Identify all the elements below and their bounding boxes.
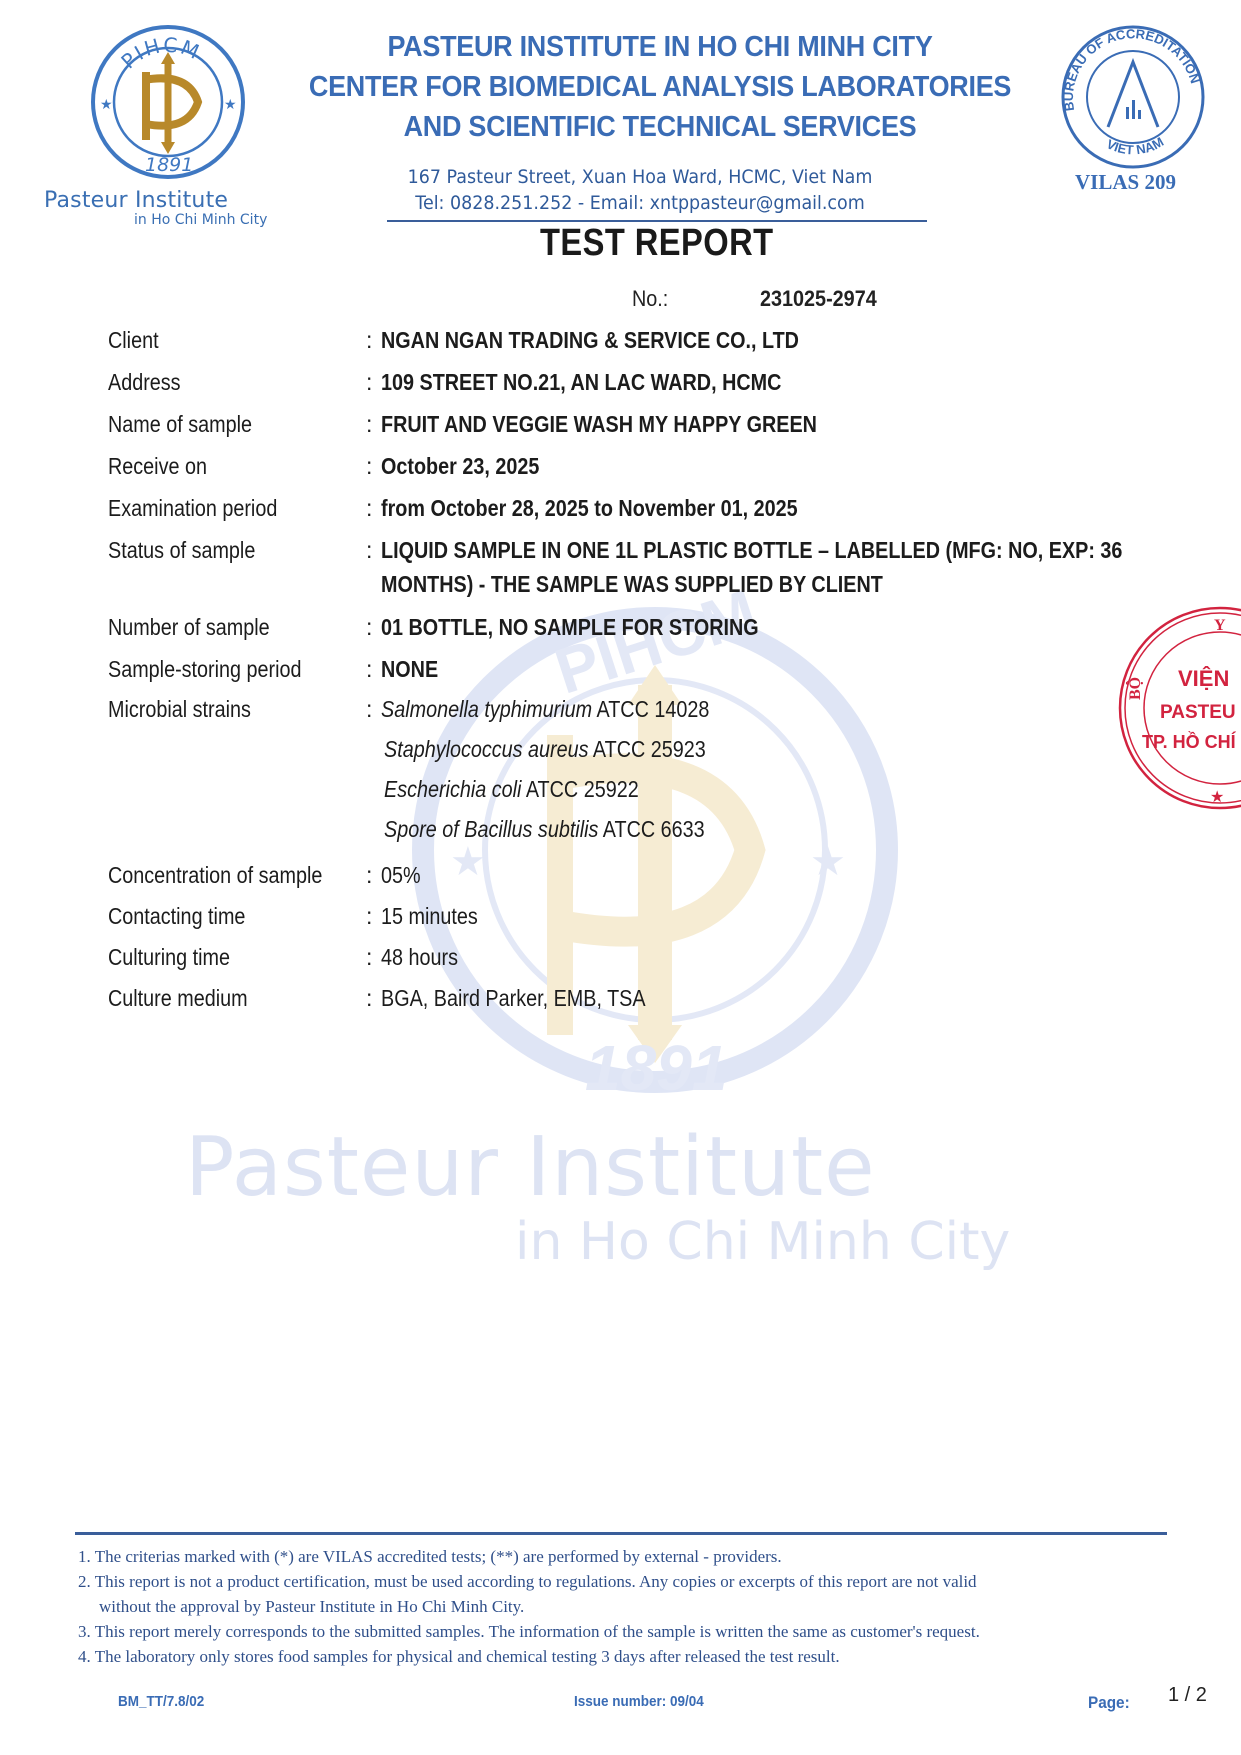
svg-text:BUREAU OF ACCREDITATION: BUREAU OF ACCREDITATION xyxy=(1061,26,1203,112)
colon: : xyxy=(366,369,372,396)
report-number-value: 231025-2974 xyxy=(760,286,877,312)
institute-contact: Tel: 0828.251.252 - Email: xntppasteur@g… xyxy=(364,192,916,214)
strain-atcc: ATCC 14028 xyxy=(596,696,709,722)
culturing-time-label: Culturing time xyxy=(108,944,230,971)
colon: : xyxy=(366,537,372,564)
footer-divider xyxy=(75,1532,1167,1535)
sample-name-label: Name of sample xyxy=(108,411,252,438)
colon: : xyxy=(366,862,372,889)
receive-on-label: Receive on xyxy=(108,453,207,480)
page-label: Page: xyxy=(1088,1693,1130,1713)
svg-text:1891: 1891 xyxy=(145,154,193,176)
svg-text:★: ★ xyxy=(450,840,486,884)
colon: : xyxy=(366,495,372,522)
colon: : xyxy=(366,614,372,641)
svg-text:PASTEU: PASTEU xyxy=(1160,702,1236,723)
contacting-time-value: 15 minutes xyxy=(381,903,478,930)
footer-note: 4. The laboratory only stores food sampl… xyxy=(78,1647,840,1667)
colon: : xyxy=(366,453,372,480)
microbial-strains-label: Microbial strains xyxy=(108,696,251,723)
strain-species: Salmonella typhimurium xyxy=(381,696,592,722)
center-name-line2: AND SCIENTIFIC TECHNICAL SERVICES xyxy=(279,111,1042,144)
logo-caption-name: Pasteur Institute xyxy=(44,188,228,213)
strain-atcc: ATCC 6633 xyxy=(603,816,705,842)
status-value-line2: MONTHS) - THE SAMPLE WAS SUPPLIED BY CLI… xyxy=(381,571,883,598)
logo-caption-city: in Ho Chi Minh City xyxy=(134,212,267,228)
watermark-text-line2: in Ho Chi Minh City xyxy=(515,1212,1010,1272)
strain-item: Staphylococcus aureus ATCC 25923 xyxy=(384,736,706,763)
sample-name-value: FRUIT AND VEGGIE WASH MY HAPPY GREEN xyxy=(381,411,817,438)
colon: : xyxy=(366,985,372,1012)
footer-note: 3. This report merely corresponds to the… xyxy=(78,1622,980,1642)
client-value: NGAN NGAN TRADING & SERVICE CO., LTD xyxy=(381,327,799,354)
form-code: BM_TT/7.8/02 xyxy=(118,1693,204,1710)
watermark-text-line1: Pasteur Institute xyxy=(185,1120,876,1215)
client-label: Client xyxy=(108,327,159,354)
svg-text:BỘ: BỘ xyxy=(1126,677,1144,700)
address-label: Address xyxy=(108,369,181,396)
document-title: TEST REPORT xyxy=(540,222,774,265)
storing-period-label: Sample-storing period xyxy=(108,656,302,683)
official-stamp-icon: Y BỘ VIỆN PASTEU TP. HỒ CHÍ ★ xyxy=(1100,600,1241,815)
institute-address: 167 Pasteur Street, Xuan Hoa Ward, HCMC,… xyxy=(364,166,916,188)
number-of-sample-label: Number of sample xyxy=(108,614,270,641)
svg-text:TP. HỒ CHÍ: TP. HỒ CHÍ xyxy=(1142,731,1237,752)
issue-number: Issue number: 09/04 xyxy=(574,1693,704,1710)
storing-period-value: NONE xyxy=(381,656,438,683)
culture-medium-value: BGA, Baird Parker, EMB, TSA xyxy=(381,985,646,1012)
strain-item: Spore of Bacillus subtilis ATCC 6633 xyxy=(384,816,705,843)
strain-item: Escherichia coli ATCC 25922 xyxy=(384,776,639,803)
watermark-seal-icon: ★ ★ PIHCM 1891 xyxy=(410,585,900,1115)
concentration-value: 05% xyxy=(381,862,421,889)
number-of-sample-value: 01 BOTTLE, NO SAMPLE FOR STORING xyxy=(381,614,759,641)
svg-text:Y: Y xyxy=(1214,617,1226,634)
page-number: 1 / 2 xyxy=(1168,1684,1207,1707)
vilas-accreditation-number: VILAS 209 xyxy=(1075,170,1176,195)
strain-species: Escherichia coli xyxy=(384,776,521,802)
svg-text:1891: 1891 xyxy=(585,1032,727,1104)
svg-text:★: ★ xyxy=(810,840,846,884)
colon: : xyxy=(366,411,372,438)
strain-atcc: ATCC 25922 xyxy=(526,776,639,802)
footer-note: 2. This report is not a product certific… xyxy=(78,1572,977,1592)
culture-medium-label: Culture medium xyxy=(108,985,248,1012)
colon: : xyxy=(366,327,372,354)
strain-species: Staphylococcus aureus xyxy=(384,736,589,762)
footer-note: 1. The criterias marked with (*) are VIL… xyxy=(78,1547,782,1567)
strain-item: Salmonella typhimurium ATCC 14028 xyxy=(381,696,709,723)
examination-period-label: Examination period xyxy=(108,495,277,522)
status-label: Status of sample xyxy=(108,537,255,564)
svg-text:VIỆN: VIỆN xyxy=(1178,666,1229,691)
colon: : xyxy=(366,944,372,971)
svg-text:★: ★ xyxy=(1210,789,1224,806)
examination-period-value: from October 28, 2025 to November 01, 20… xyxy=(381,495,798,522)
institute-name: PASTEUR INSTITUTE IN HO CHI MINH CITY xyxy=(279,31,1042,64)
colon: : xyxy=(366,656,372,683)
receive-on-value: October 23, 2025 xyxy=(381,453,539,480)
svg-text:VIET NAM: VIET NAM xyxy=(1104,134,1166,157)
svg-text:★: ★ xyxy=(224,96,237,112)
address-value: 109 STREET NO.21, AN LAC WARD, HCMC xyxy=(381,369,781,396)
status-value-line1: LIQUID SAMPLE IN ONE 1L PLASTIC BOTTLE –… xyxy=(381,537,1122,564)
strain-species: Spore of Bacillus subtilis xyxy=(384,816,598,842)
colon: : xyxy=(366,903,372,930)
bureau-of-accreditation-logo-icon: BUREAU OF ACCREDITATION VIET NAM xyxy=(1058,22,1208,172)
center-name-line1: CENTER FOR BIOMEDICAL ANALYSIS LABORATOR… xyxy=(279,71,1042,104)
concentration-label: Concentration of sample xyxy=(108,862,322,889)
footer-note: without the approval by Pasteur Institut… xyxy=(99,1597,524,1617)
strain-atcc: ATCC 25923 xyxy=(593,736,706,762)
report-number-label: No.: xyxy=(632,286,668,312)
culturing-time-value: 48 hours xyxy=(381,944,458,971)
svg-text:★: ★ xyxy=(100,96,113,112)
contacting-time-label: Contacting time xyxy=(108,903,245,930)
pasteur-institute-logo-icon: PIHCM 1891 ★ ★ xyxy=(88,22,248,182)
colon: : xyxy=(366,696,372,723)
